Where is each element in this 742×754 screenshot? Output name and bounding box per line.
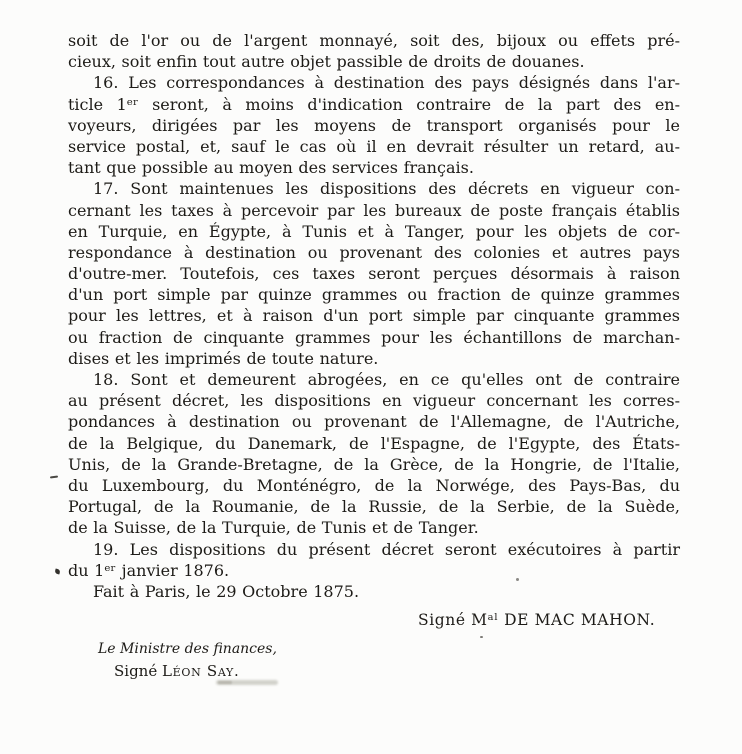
text-line: de la Suisse, de la Turquie, de Tunis et… xyxy=(68,517,680,538)
text-line: pondances à destination ou provenant de … xyxy=(68,411,680,432)
margin-tick-mark xyxy=(54,568,60,574)
text-line: respondance à destination ou provenant d… xyxy=(68,242,680,263)
text-line: du Luxembourg, du Monténégro, de la Norw… xyxy=(68,475,680,496)
paper-smudge xyxy=(218,681,232,684)
text-line: pour les lettres, et à raison d'un port … xyxy=(68,305,680,326)
text-line: Unis, de la Grande-Bretagne, de la Grèce… xyxy=(68,454,680,475)
text-line: dises et les imprimés de toute nature. xyxy=(68,348,680,369)
text-line: cernant les taxes à percevoir par les bu… xyxy=(68,200,680,221)
ink-speck xyxy=(480,636,483,638)
text-line-article-18: 18. Sont et demeurent abrogées, en ce qu… xyxy=(68,369,680,390)
text-line: d'outre-mer. Toutefois, ces taxes seront… xyxy=(68,263,680,284)
text-line: soit de l'or ou de l'argent monnayé, soi… xyxy=(68,30,680,51)
text-line: au présent décret, les dispositions en v… xyxy=(68,390,680,411)
text-line: ou fraction de cinquante grammes pour le… xyxy=(68,327,680,348)
text-line-article-16: 16. Les correspondances à destination de… xyxy=(68,72,680,93)
text-line-dateline: Fait à Paris, le 29 Octobre 1875. xyxy=(68,581,680,602)
text-line: voyeurs, dirigées par les moyens de tran… xyxy=(68,115,680,136)
signature-name: Léon Say. xyxy=(162,662,240,680)
document-page: soit de l'or ou de l'argent monnayé, soi… xyxy=(0,0,742,754)
text-line: ticle 1ᵉʳ seront, à moins d'indication c… xyxy=(68,94,680,115)
margin-dash-mark xyxy=(50,476,58,479)
text-line: d'un port simple par quinze grammes ou f… xyxy=(68,284,680,305)
signature-leon-say: Signé Léon Say. xyxy=(114,662,240,680)
text-line-article-17: 17. Sont maintenues les dispositions des… xyxy=(68,178,680,199)
text-line: en Turquie, en Égypte, à Tunis et à Tang… xyxy=(68,221,680,242)
signature-mac-mahon: Signé Mᵃˡ DE MAC MAHON. xyxy=(418,611,655,629)
text-line: du 1ᵉʳ janvier 1876. xyxy=(68,560,680,581)
signature-prefix: Signé xyxy=(114,662,162,680)
minister-of-finances-title: Le Ministre des finances, xyxy=(98,641,277,657)
text-line: Portugal, de la Roumanie, de la Russie, … xyxy=(68,496,680,517)
decree-text-block: soit de l'or ou de l'argent monnayé, soi… xyxy=(68,30,680,602)
text-line: de la Belgique, du Danemark, de l'Espagn… xyxy=(68,433,680,454)
text-line: tant que possible au moyen des services … xyxy=(68,157,680,178)
text-line-article-19: 19. Les dispositions du présent décret s… xyxy=(68,539,680,560)
text-line: service postal, et, sauf le cas où il en… xyxy=(68,136,680,157)
ink-speck xyxy=(516,578,519,581)
text-line: cieux, soit enfin tout autre objet passi… xyxy=(68,51,680,72)
